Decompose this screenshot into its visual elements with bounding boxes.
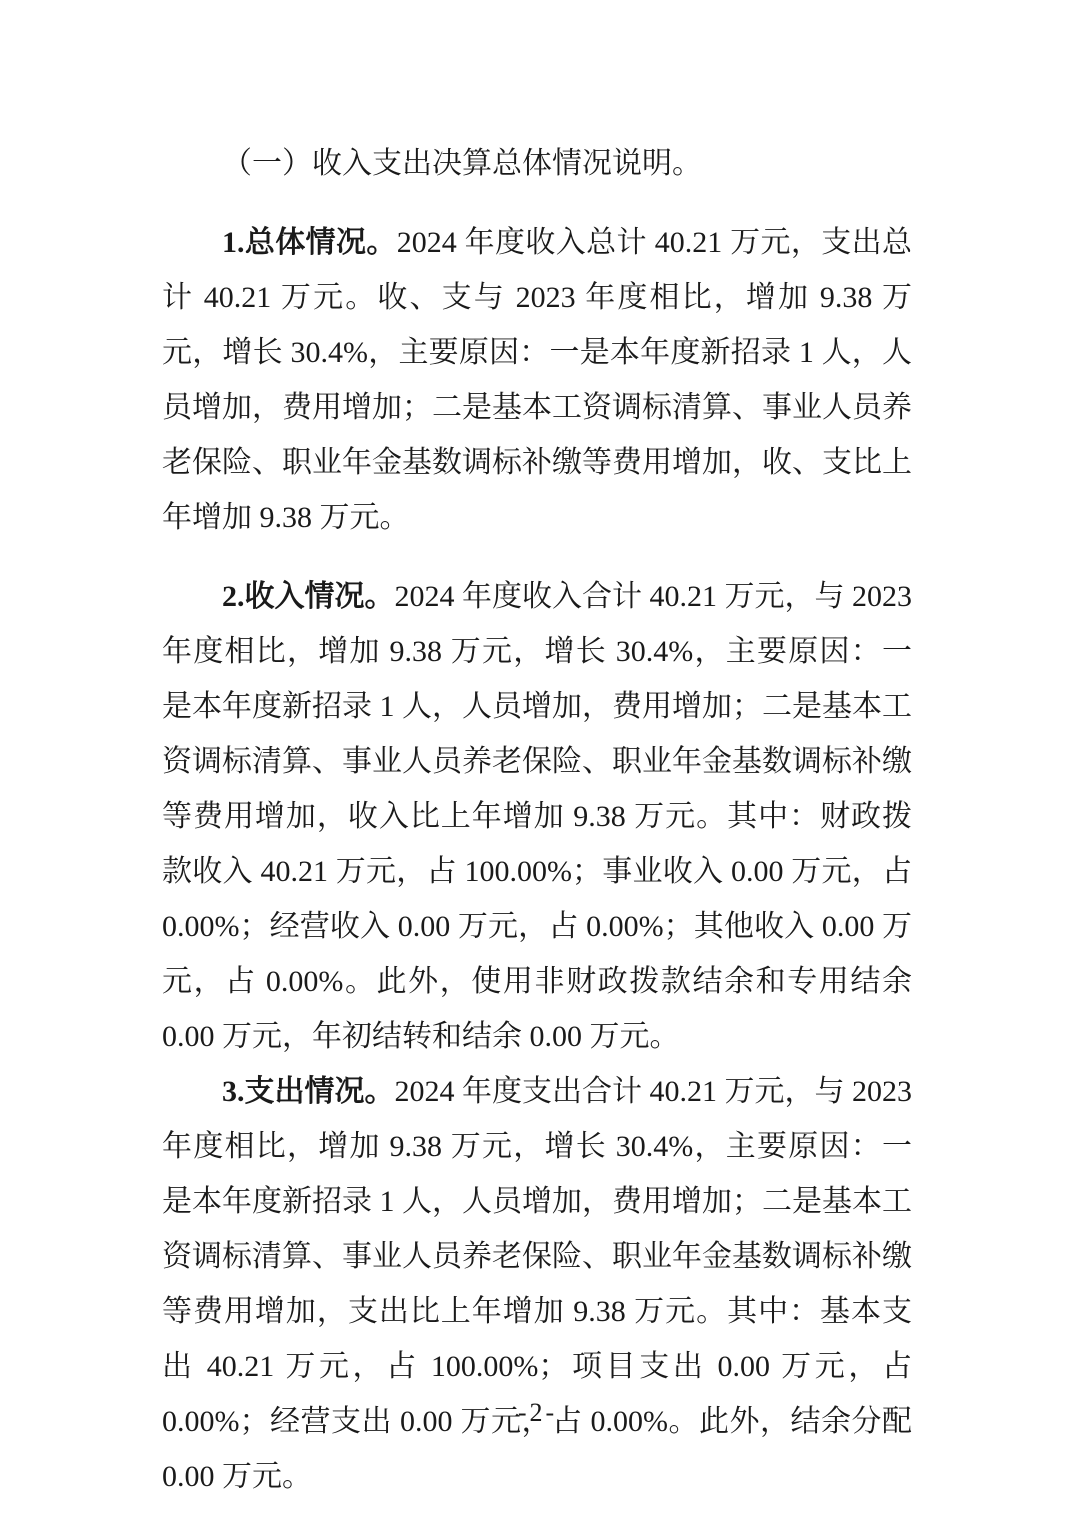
page-number: -2- [0,1398,1075,1428]
paragraph-income-situation: 2.收入情况。2024 年度收入合计 40.21 万元，与 2023 年度相比，… [162,569,912,1064]
section-heading: （一）收入支出决算总体情况说明。 [162,136,912,191]
paragraph-income-text: 2024 年度收入合计 40.21 万元，与 2023 年度相比，增加 9.38… [162,580,912,1053]
document-body: （一）收入支出决算总体情况说明。 1.总体情况。2024 年度收入总计 40.2… [162,136,912,1504]
paragraph-expenditure-situation: 3.支出情况。2024 年度支出合计 40.21 万元，与 2023 年度相比，… [162,1064,912,1504]
paragraph-overall-text: 2024 年度收入总计 40.21 万元，支出总计 40.21 万元。收、支与 … [162,226,912,534]
paragraph-income-lead: 2.收入情况。 [222,580,395,613]
document-page: （一）收入支出决算总体情况说明。 1.总体情况。2024 年度收入总计 40.2… [0,0,1075,1520]
paragraph-overall-situation: 1.总体情况。2024 年度收入总计 40.21 万元，支出总计 40.21 万… [162,215,912,545]
paragraph-expenditure-text: 2024 年度支出合计 40.21 万元，与 2023 年度相比，增加 9.38… [162,1075,912,1493]
paragraph-expenditure-lead: 3.支出情况。 [222,1075,395,1108]
paragraph-overall-lead: 1.总体情况。 [222,226,397,259]
